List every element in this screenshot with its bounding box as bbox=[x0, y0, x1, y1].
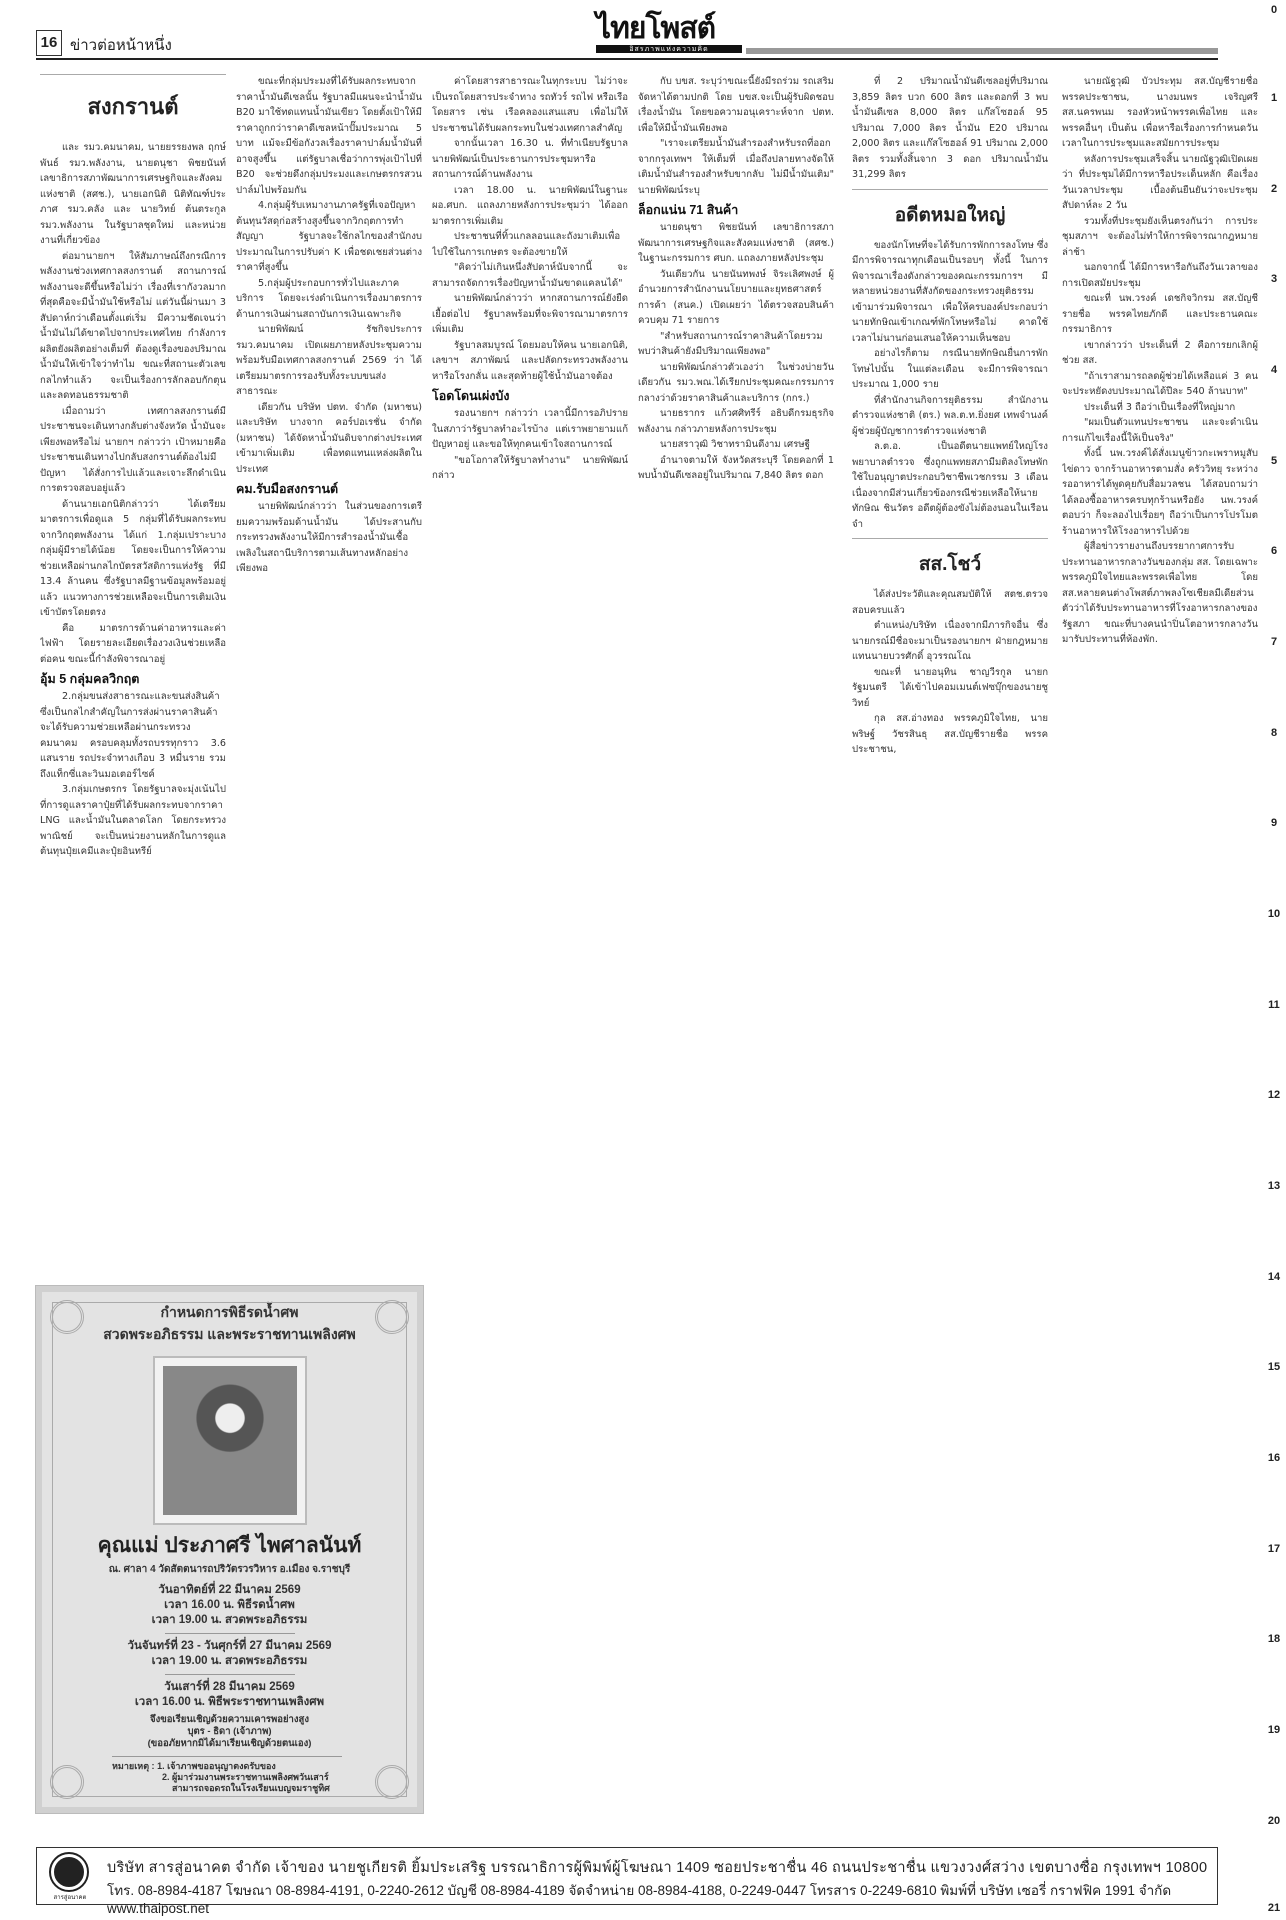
row-marker: 17 bbox=[1262, 1543, 1286, 1555]
row-marker: 20 bbox=[1262, 1815, 1286, 1827]
paragraph: อย่างไรก็ตาม กรณีนายทักษิณยื่นการพักโทษไ… bbox=[852, 346, 1048, 393]
paragraph: "คิดว่าไม่เกินหนึ่งสัปดาห์นับจากนี้ จะสา… bbox=[432, 260, 628, 291]
logo-caption: สารสู่อนาคต bbox=[45, 1892, 95, 1902]
row-marker: 0 bbox=[1262, 4, 1286, 16]
paragraph: รวมทั้งที่ประชุมยังเห็นตรงกันว่า การประช… bbox=[1062, 214, 1258, 261]
paragraph: ล.ต.อ. เป็นอดีตนายแพทย์ใหญ่โรงพยาบาลตำรว… bbox=[852, 439, 1048, 532]
paragraph: ประชาชนที่ทิ้วแกลลอนและถังมาเติมเพื่อไปใ… bbox=[432, 229, 628, 260]
masthead-tagline: อิสรภาพแห่งความคิด bbox=[596, 45, 742, 53]
paragraph: ทั้งนี้ นพ.วรงค์ได้สั่งเมนูข้าวกะเพราหมู… bbox=[1062, 446, 1258, 539]
paragraph: "ถ้าเราสามารถลดผู้ช่วยได้เหลือแค่ 3 คน จ… bbox=[1062, 369, 1258, 400]
paragraph: "เราจะเตรียมน้ำมันสำรองสำหรับรถที่ออกจาก… bbox=[638, 136, 834, 198]
paragraph: นายดนุชา พิชยนันท์ เลขาธิการสภาพัฒนาการเ… bbox=[638, 220, 834, 267]
paragraph: ค่าโดยสารสาธารณะในทุกระบบ ไม่ว่าจะเป็นรถ… bbox=[432, 74, 628, 136]
article-column-3: ค่าโดยสารสาธารณะในทุกระบบ ไม่ว่าจะเป็นรถ… bbox=[432, 74, 628, 1804]
paragraph: รัฐบาลสมบูรณ์ โดยมอบให้คน นายเอกนิติ, เล… bbox=[432, 338, 628, 385]
row-marker: 6 bbox=[1262, 545, 1286, 557]
portrait-frame bbox=[155, 1358, 305, 1523]
paragraph: คือ มาตรการด้านค่าอาหารและค่าไฟฟ้า โดยรา… bbox=[40, 621, 226, 668]
masthead-logo: ไทยโพสต์ อิสรภาพแห่งความคิด bbox=[596, 14, 742, 54]
row-marker: 7 bbox=[1262, 636, 1286, 648]
row-marker: 14 bbox=[1262, 1271, 1286, 1283]
thai-flower-ornament-icon bbox=[375, 1765, 409, 1799]
page-header: 16 ข่าวต่อหน้าหนึ่ง ไทยโพสต์ อิสรภาพแห่ง… bbox=[36, 14, 1218, 60]
row-marker: 8 bbox=[1262, 727, 1286, 739]
paragraph: เมื่อถามว่า เทศกาลสงกรานต์มีประชาชนจะเดิ… bbox=[40, 404, 226, 497]
row-marker: 1 bbox=[1262, 92, 1286, 104]
row-marker: 4 bbox=[1262, 364, 1286, 376]
paragraph: "ขอโอกาสให้รัฐบาลทำงาน" นายพิพัฒน์กล่าว bbox=[432, 453, 628, 484]
paragraph: เขากล่าวว่า ประเด็นที่ 2 คือการยกเลิกผู้… bbox=[1062, 338, 1258, 369]
paragraph: ด้านนายเอกนิติกล่าวว่า ได้เตรียมมาตรการเ… bbox=[40, 497, 226, 621]
section-heading: อดีตหมอใหญ่ bbox=[852, 189, 1048, 230]
article-column-6: นายณัฐวุฒิ บัวประทุม สส.บัญชีรายชื่อ พรร… bbox=[1062, 74, 1258, 1804]
masthead-title: ไทยโพสต์ bbox=[596, 14, 742, 44]
publisher-logo-icon bbox=[51, 1854, 87, 1890]
subheading: โอดโดนเผ่งบัง bbox=[432, 386, 628, 406]
paragraph: "ผมเป็นตัวแทนประชาชน และจะดำเนินการแก้ไข… bbox=[1062, 415, 1258, 446]
subheading: ล็อกแน่น 71 สินค้า bbox=[638, 200, 834, 220]
article-column-5: ที่ 2 ปริมาณน้ำมันดีเซลอยู่ที่ปริมาณ 3,8… bbox=[852, 74, 1048, 1804]
row-marker: 3 bbox=[1262, 273, 1286, 285]
subheading: คม.รับมือสงกรานต์ bbox=[236, 479, 422, 499]
paragraph: นายสราวุฒิ วิชาทรามินดีงาม เศรษฐี bbox=[638, 437, 834, 453]
paragraph: กับ บขส. ระบุว่าขณะนี้ยังมีรถร่วม รถเสริ… bbox=[638, 74, 834, 136]
paragraph: ได้ส่งประวัติและคุณสมบัติให้ สตช.ตรวจสอบ… bbox=[852, 587, 1048, 618]
rubric-title: สงกรานต์ bbox=[40, 89, 226, 124]
row-marker: 9 bbox=[1262, 817, 1286, 829]
paragraph: อำนาจตามให้ จังหวัดสระบุรี โดยคอกที่ 1 พ… bbox=[638, 453, 834, 484]
article-column-4: กับ บขส. ระบุว่าขณะนี้ยังมีรถร่วม รถเสริ… bbox=[638, 74, 834, 1804]
paragraph: และ รมว.คมนาคม, นายยรรยงพล ฤกษ์พันธ์ รมว… bbox=[40, 140, 226, 249]
row-marker: 2 bbox=[1262, 183, 1286, 195]
article-column-1: สงกรานต์ และ รมว.คมนาคม, นายยรรยงพล ฤกษ์… bbox=[40, 74, 226, 1224]
row-marker: 19 bbox=[1262, 1724, 1286, 1736]
row-marker: 15 bbox=[1262, 1361, 1286, 1373]
row-markers: 0 1 2 3 4 5 6 7 8 9 10 11 12 13 14 15 16… bbox=[1262, 0, 1286, 1920]
row-marker: 16 bbox=[1262, 1452, 1286, 1464]
paragraph: นายธรากร แก้วศศิทรีร์ อธิบดีกรมธุรกิจพลั… bbox=[638, 406, 834, 437]
paragraph: นายพิพัฒน์ รัชกิจประการ รมว.คมนาคม เปิดเ… bbox=[236, 322, 422, 400]
paragraph: หลังการประชุมเสร็จสิ้น นายณัฐวุฒิเปิดเผย… bbox=[1062, 152, 1258, 214]
funeral-notice-ad: กำหนดการพิธีรดน้ำศพ สวดพระอภิธรรม และพระ… bbox=[36, 1286, 423, 1813]
row-marker: 10 bbox=[1262, 908, 1286, 920]
paragraph: นายพิพัฒน์กล่าวว่า หากสถานการณ์ยังยืดเยื… bbox=[432, 291, 628, 338]
row-marker: 21 bbox=[1262, 1902, 1286, 1914]
paragraph: รองนายกฯ กล่าวว่า เวลานี้มีการอภิปรายในส… bbox=[432, 406, 628, 453]
publisher-imprint: สารสู่อนาคต บริษัท สารสู่อนาคต จำกัด เจ้… bbox=[36, 1847, 1218, 1905]
header-rule bbox=[36, 58, 1218, 60]
paragraph: ที่ 2 ปริมาณน้ำมันดีเซลอยู่ที่ปริมาณ 3,8… bbox=[852, 74, 1048, 183]
row-marker: 18 bbox=[1262, 1633, 1286, 1645]
paragraph: กุล สส.อ่างทอง พรรคภูมิใจไทย, นายพริษฐ์ … bbox=[852, 711, 1048, 758]
section-label: ข่าวต่อหน้าหนึ่ง bbox=[70, 33, 172, 57]
paragraph: ประเด็นที่ 3 ถือว่าเป็นเรื่องที่ใหญ่มาก bbox=[1062, 400, 1258, 416]
paragraph: ขณะที่ นพ.วรงค์ เดชกิจวิกรม สส.บัญชีรายช… bbox=[1062, 291, 1258, 338]
paragraph: 5.กลุ่มผู้ประกอบการทั่วไปและภาคบริการ โด… bbox=[236, 276, 422, 323]
paragraph: วันเดียวกัน นายนันทพงษ์ จิระเลิศพงษ์ ผู้… bbox=[638, 267, 834, 329]
row-marker: 5 bbox=[1262, 455, 1286, 467]
paragraph: เดียวกัน บริษัท ปตท. จำกัด (มหาชน) และบร… bbox=[236, 400, 422, 478]
paragraph: 2.กลุ่มขนส่งสาธารณะและขนส่งสินค้า ซึ่งเป… bbox=[40, 689, 226, 782]
paragraph: นอกจากนี้ ได้มีการหารือกันถึงวันเวลาของก… bbox=[1062, 260, 1258, 291]
paragraph: 3.กลุ่มเกษตรกร โดยรัฐบาลจะมุ่งเน้นไปที่ก… bbox=[40, 782, 226, 860]
paragraph: ต่อมานายกฯ ให้สัมภาษณ์ถึงกรณีการพลังงานช… bbox=[40, 249, 226, 404]
paragraph: จากนั้นเวลา 16.30 น. ที่ทำเนียบรัฐบาล นา… bbox=[432, 136, 628, 183]
row-marker: 11 bbox=[1262, 999, 1286, 1011]
page-number: 16 bbox=[36, 30, 62, 56]
paragraph: นายพิพัฒน์กล่าวว่า ในส่วนของการเตรียมควา… bbox=[236, 499, 422, 577]
thai-flower-ornament-icon bbox=[50, 1300, 84, 1334]
portrait-photo bbox=[163, 1366, 297, 1515]
imprint-line-2: โทร. 08-8984-4187 โฆษณา 08-8984-4191, 0-… bbox=[107, 1879, 1217, 1916]
row-marker: 13 bbox=[1262, 1180, 1286, 1192]
section-heading: สส.โชว์ bbox=[852, 538, 1048, 579]
paragraph: ของนักโทษที่จะได้รับการพักการลงโทษ ซึ่งม… bbox=[852, 238, 1048, 347]
paragraph: 4.กลุ่มผู้รับเหมางานภาครัฐที่เจอปัญหาต้น… bbox=[236, 198, 422, 276]
header-rule-gray bbox=[746, 48, 1218, 54]
row-marker: 12 bbox=[1262, 1089, 1286, 1101]
paragraph: ขณะที่กลุ่มประมงที่ได้รับผลกระทบจากราคาน… bbox=[236, 74, 422, 198]
paragraph: ขณะที่ นายอนุทิน ชาญวีรกูล นายกรัฐมนตรี … bbox=[852, 665, 1048, 712]
thai-flower-ornament-icon bbox=[50, 1765, 84, 1799]
paragraph: "สำหรับสถานการณ์ราคาสินค้าโดยรวม พบว่าสิ… bbox=[638, 329, 834, 360]
thai-flower-ornament-icon bbox=[375, 1300, 409, 1334]
paragraph: นายพิพัฒน์กล่าวตัวเองว่า ในช่วงบ่ายวันเด… bbox=[638, 360, 834, 407]
paragraph: ตำแหน่ง/บริษัท เนื่องจากมีภารกิจอื่น ซึ่… bbox=[852, 618, 1048, 665]
paragraph: นายณัฐวุฒิ บัวประทุม สส.บัญชีรายชื่อ พรร… bbox=[1062, 74, 1258, 152]
paragraph: ผู้สื่อข่าวรายงานถึงบรรยากาศการรับประทาน… bbox=[1062, 539, 1258, 648]
paragraph: ที่สำนักงานกิจการยุติธรรม สำนักงานตำรวจแ… bbox=[852, 393, 1048, 440]
article-column-2: ขณะที่กลุ่มประมงที่ได้รับผลกระทบจากราคาน… bbox=[236, 74, 422, 1224]
rubric-box: สงกรานต์ bbox=[40, 74, 226, 124]
subheading: อุ้ม 5 กลุ่มคลวิกฤต bbox=[40, 669, 226, 689]
paragraph: เวลา 18.00 น. นายพิพัฒน์ในฐานะ ผอ.ศบก. แ… bbox=[432, 183, 628, 230]
imprint-line-1: บริษัท สารสู่อนาคต จำกัด เจ้าของ นายชูเก… bbox=[107, 1856, 1207, 1879]
